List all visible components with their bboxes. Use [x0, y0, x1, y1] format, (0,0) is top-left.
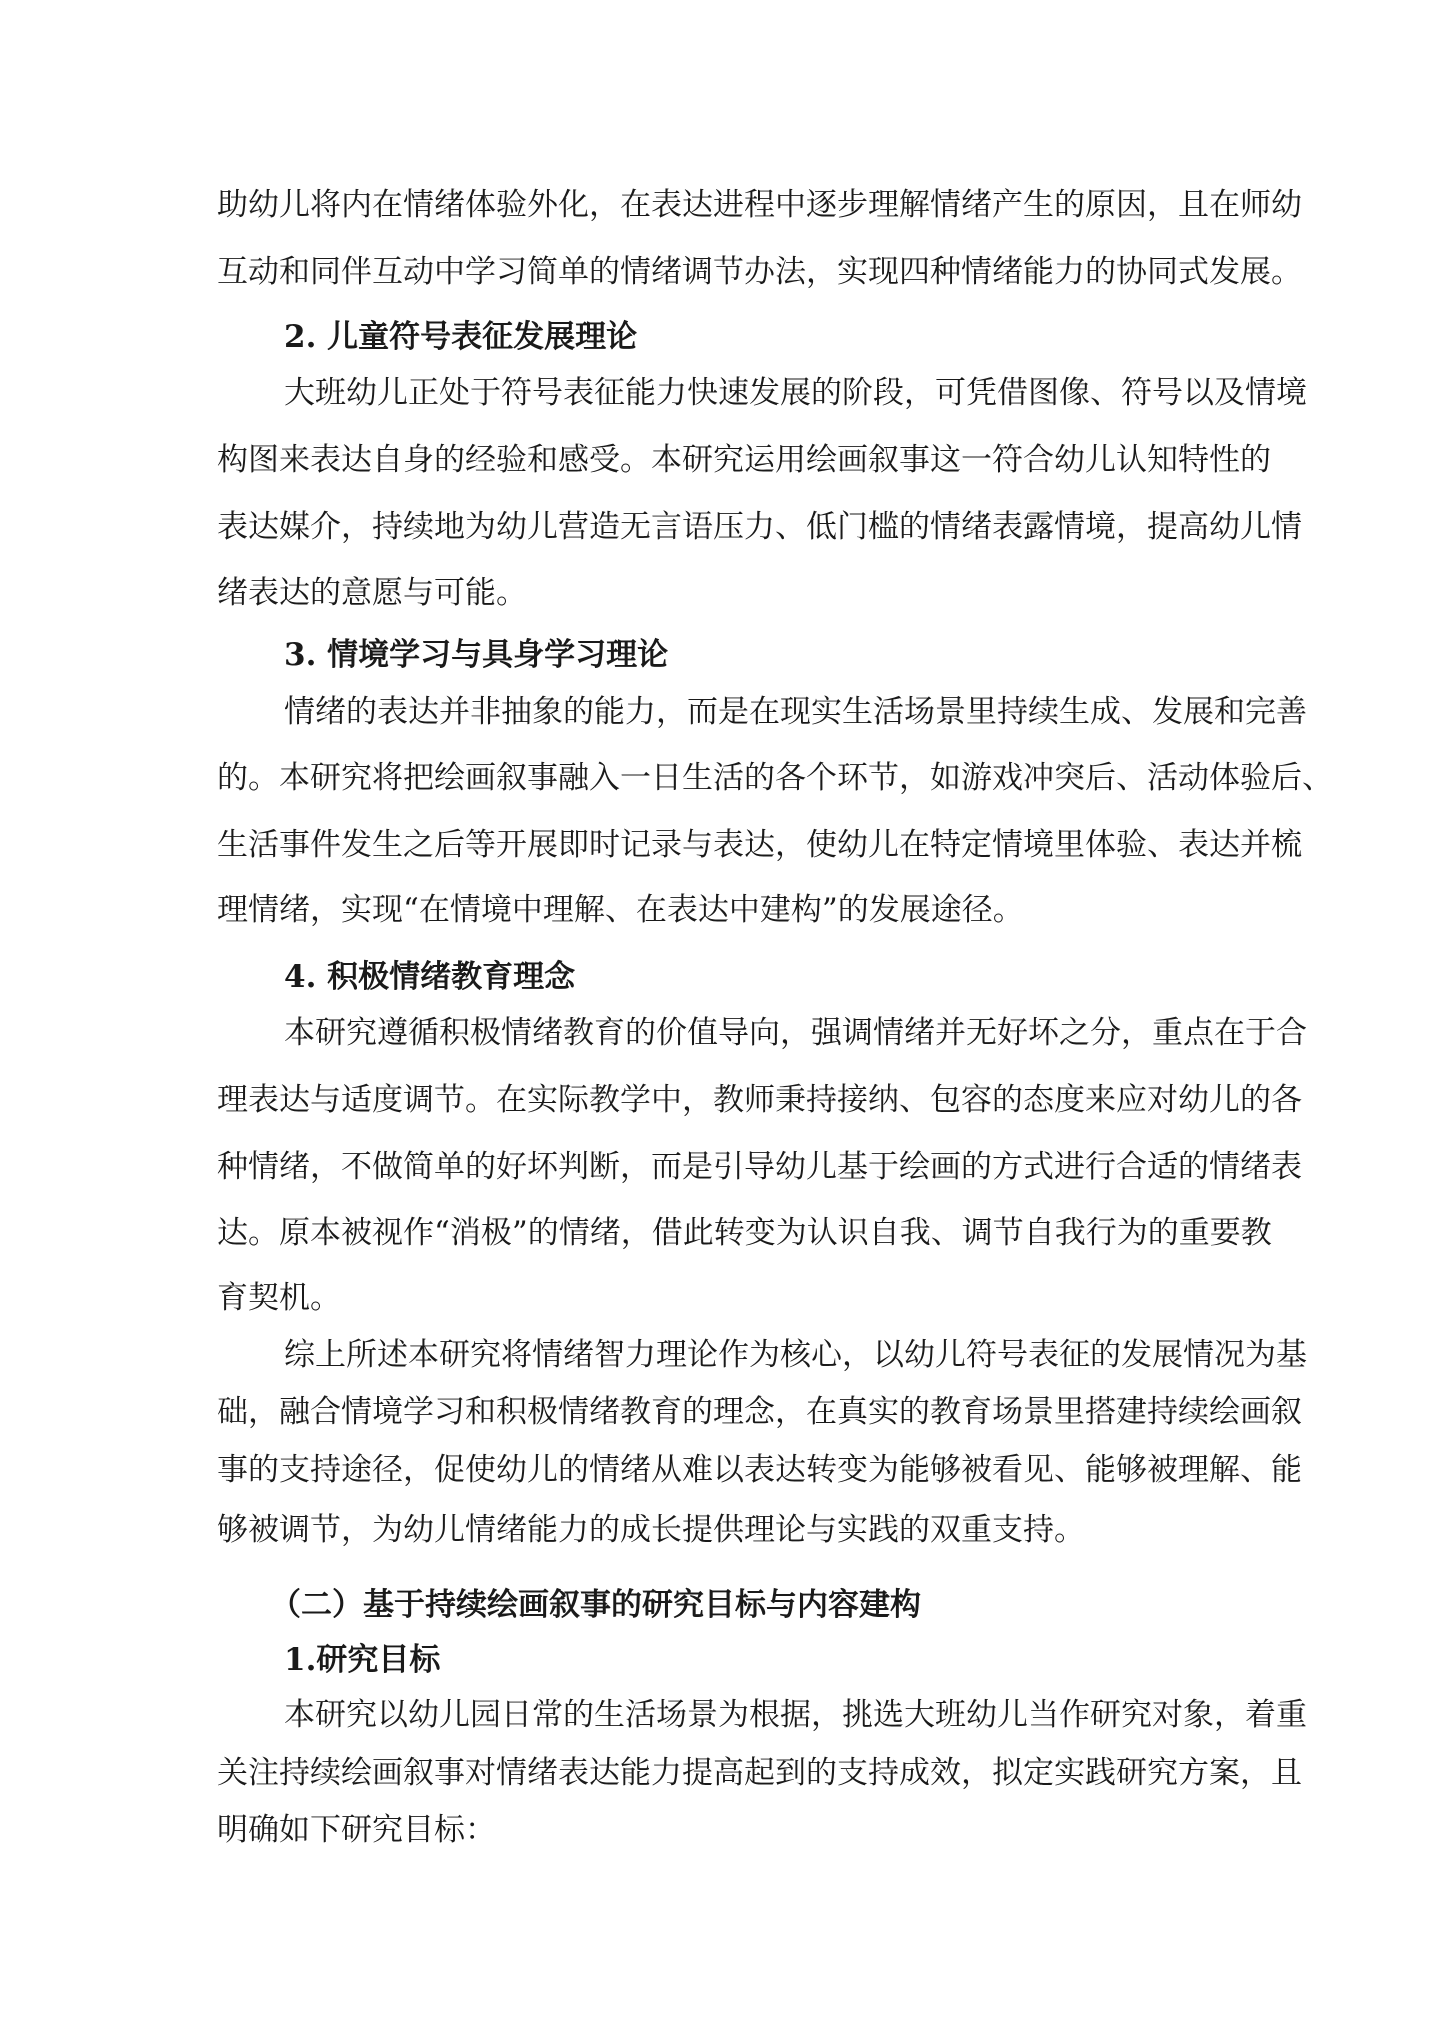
paragraph-line: 育契机。 [217, 1278, 1220, 1318]
paragraph-line: 理情绪，实现“在情境中理解、在表达中建构”的发展途径。 [217, 890, 1220, 930]
paragraph-line: 本研究遵循积极情绪教育的价值导向，强调情绪并无好坏之分，重点在于合 [284, 1013, 1220, 1053]
paragraph-line: 绪表达的意愿与可能。 [217, 573, 1220, 613]
paragraph-line: 达。原本被视作“消极”的情绪，借此转变为认识自我、调节自我行为的重要教 [217, 1213, 1220, 1253]
paragraph-line: 互动和同伴互动中学习简单的情绪调节办法，实现四种情绪能力的协同式发展。 [217, 252, 1220, 292]
paragraph-line: 助幼儿将内在情绪体验外化，在表达进程中逐步理解情绪产生的原因，且在师幼 [217, 185, 1220, 225]
section-heading: 4. 积极情绪教育理念 [284, 957, 1184, 997]
paragraph-line: 够被调节，为幼儿情绪能力的成长提供理论与实践的双重支持。 [217, 1510, 1220, 1550]
paragraph-line: 理表达与适度调节。在实际教学中，教师秉持接纳、包容的态度来应对幼儿的各 [217, 1080, 1220, 1120]
paragraph-line: 大班幼儿正处于符号表征能力快速发展的阶段，可凭借图像、符号以及情境 [284, 373, 1220, 413]
paragraph-line: 种情绪，不做简单的好坏判断，而是引导幼儿基于绘画的方式进行合适的情绪表 [217, 1147, 1220, 1187]
paragraph-line: 情绪的表达并非抽象的能力，而是在现实生活场景里持续生成、发展和完善 [284, 692, 1220, 732]
paragraph-line: 事的支持途径，促使幼儿的情绪从难以表达转变为能够被看见、能够被理解、能 [217, 1450, 1220, 1490]
paragraph-line: 表达媒介，持续地为幼儿营造无言语压力、低门槛的情绪表露情境，提高幼儿情 [217, 507, 1220, 547]
paragraph-line: 构图来表达自身的经验和感受。本研究运用绘画叙事这一符合幼儿认知特性的 [217, 440, 1220, 480]
chapter-section-heading: （二）基于持续绘画叙事的研究目标与内容建构 [270, 1585, 1170, 1625]
section-heading: 2. 儿童符号表征发展理论 [284, 317, 1184, 357]
paragraph-line: 的。本研究将把绘画叙事融入一日生活的各个环节，如游戏冲突后、活动体验后、 [217, 758, 1220, 798]
paragraph-line: 明确如下研究目标： [217, 1810, 1220, 1850]
paragraph-line: 生活事件发生之后等开展即时记录与表达，使幼儿在特定情境里体验、表达并梳 [217, 825, 1220, 865]
section-heading: 3. 情境学习与具身学习理论 [284, 635, 1184, 675]
paragraph-line: 综上所述本研究将情绪智力理论作为核心，以幼儿符号表征的发展情况为基 [284, 1335, 1220, 1375]
document-page: 助幼儿将内在情绪体验外化，在表达进程中逐步理解情绪产生的原因，且在师幼 互动和同… [0, 0, 1440, 2036]
paragraph-line: 关注持续绘画叙事对情绪表达能力提高起到的支持成效，拟定实践研究方案，且 [217, 1753, 1220, 1793]
paragraph-line: 础，融合情境学习和积极情绪教育的理念，在真实的教育场景里搭建持续绘画叙 [217, 1392, 1220, 1432]
subsection-heading: 1.研究目标 [284, 1640, 1184, 1680]
paragraph-line: 本研究以幼儿园日常的生活场景为根据，挑选大班幼儿当作研究对象，着重 [284, 1695, 1220, 1735]
